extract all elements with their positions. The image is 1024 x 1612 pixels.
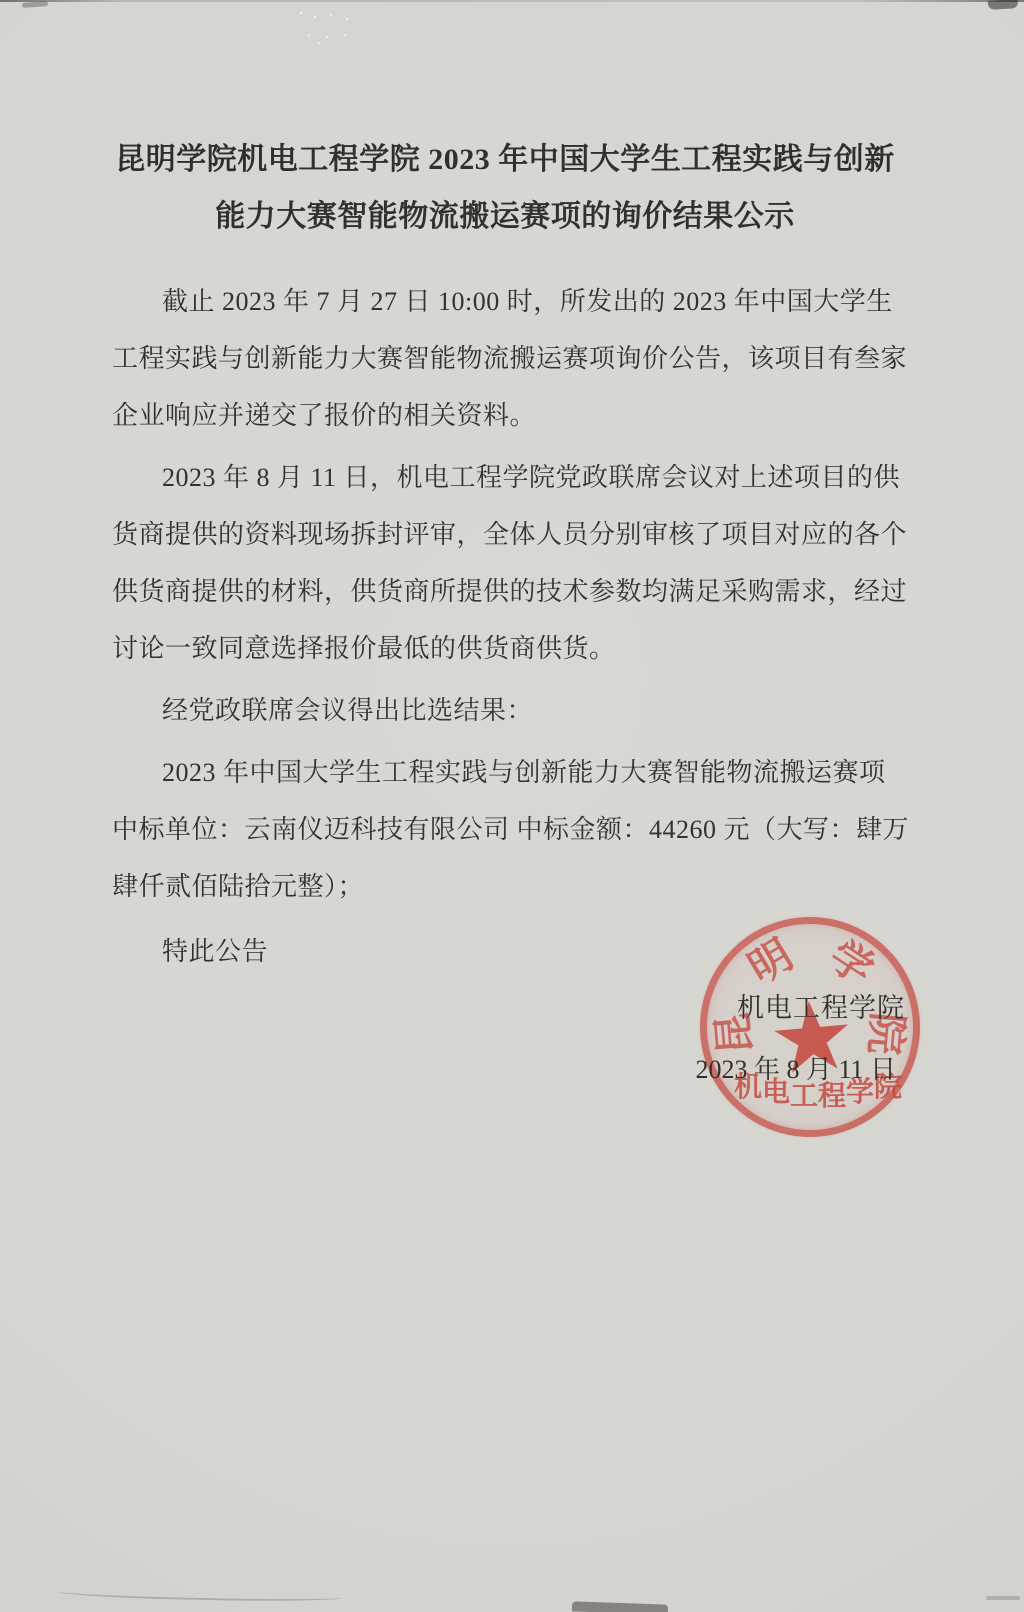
title-line: 昆明学院机电工程学院 2023 年中国大学生工程实践与创新 (90, 131, 920, 188)
photo-artifact-dots (300, 12, 302, 14)
paragraph: 2023 年中国大学生工程实践与创新能力大赛智能物流搬运赛项中标单位：云南仪迈科… (112, 744, 884, 915)
paragraph: 2023 年 8 月 11 日，机电工程学院党政联席会议对上述项目的供货商提供的… (112, 449, 884, 677)
paragraph-line: 肆仟贰佰陆拾元整）； (112, 858, 884, 915)
document-title: 昆明学院机电工程学院 2023 年中国大学生工程实践与创新能力大赛智能物流搬运赛… (90, 131, 920, 245)
signature-org: 机电工程学院 (737, 986, 905, 1025)
document-page: 昆明学院机电工程学院 2023 年中国大学生工程实践与创新能力大赛智能物流搬运赛… (0, 0, 1024, 1612)
photo-artifact-bottom-blob (572, 1601, 668, 1612)
title-line: 能力大赛智能物流搬运赛项的询价结果公示 (90, 188, 920, 245)
photo-artifact-bottom-right (986, 1596, 1020, 1600)
official-seal: 机电工程学院 昆明学院 (700, 917, 920, 1137)
paragraph-line: 2023 年 8 月 11 日，机电工程学院党政联席会议对上述项目的供 (112, 449, 884, 506)
paragraph-line: 讨论一致同意选择报价最低的供货商供货。 (112, 620, 884, 677)
paragraph-line: 中标单位：云南仪迈科技有限公司 中标金额：44260 元（大写：肆万 (112, 801, 884, 858)
document-body: 截止 2023 年 7 月 27 日 10:00 时，所发出的 2023 年中国… (112, 273, 884, 980)
photo-artifact-top-right (988, 0, 1018, 10)
paragraph-line: 供货商提供的材料，供货商所提供的技术参数均满足采购需求，经过 (112, 563, 884, 620)
paragraph-line: 截止 2023 年 7 月 27 日 10:00 时，所发出的 2023 年中国… (112, 273, 884, 330)
photo-artifact-bottom-scribble (58, 1586, 343, 1603)
photo-artifact-top-left (22, 1, 48, 8)
paragraph-line: 企业响应并递交了报价的相关资料。 (112, 387, 884, 444)
paragraph: 截止 2023 年 7 月 27 日 10:00 时，所发出的 2023 年中国… (112, 273, 884, 444)
photo-artifact-top-edge (0, 0, 1024, 2)
paragraph-line: 工程实践与创新能力大赛智能物流搬运赛项询价公告，该项目有叁家 (112, 330, 884, 387)
paragraph-line: 经党政联席会议得出比选结果： (112, 682, 884, 739)
paragraph-line: 货商提供的资料现场拆封评审，全体人员分别审核了项目对应的各个 (112, 506, 884, 563)
signature-date: 2023 年 8 月 11 日 (695, 1049, 896, 1086)
paragraph: 经党政联席会议得出比选结果： (112, 682, 884, 739)
paragraph-line: 2023 年中国大学生工程实践与创新能力大赛智能物流搬运赛项 (112, 744, 884, 801)
